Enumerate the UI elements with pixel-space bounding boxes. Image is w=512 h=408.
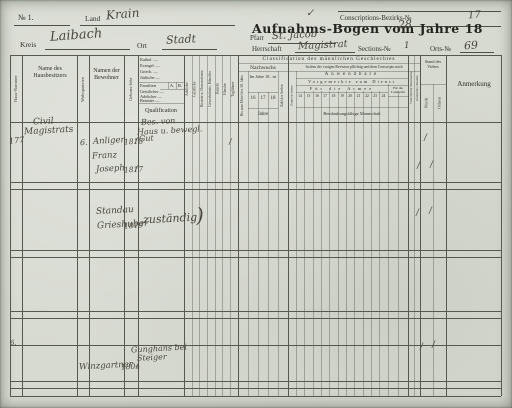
census-form-page: № 1. Land Krain Conscriptions-Bezirks-№ … — [0, 0, 512, 408]
grid-line — [371, 91, 372, 396]
tally-mark: ∕ — [136, 361, 139, 370]
grid-line — [10, 250, 501, 251]
grid-line — [10, 345, 501, 346]
tally-mark: ∕ — [229, 137, 232, 146]
grid-line — [388, 96, 408, 97]
grid-line — [296, 92, 388, 93]
grid-line — [354, 91, 355, 396]
tally-mark: ∕ — [429, 206, 433, 216]
grid-line — [238, 63, 420, 64]
grid-line — [268, 92, 269, 396]
dwelling-number-handwriting: 6. — [80, 138, 88, 147]
grid-line — [10, 318, 501, 319]
grid-line — [10, 257, 501, 258]
grid-line — [238, 71, 420, 72]
qualification-handwriting: Steiger — [137, 352, 167, 363]
qualification-handwriting: Gut — [139, 134, 154, 144]
resident-name-handwriting: Franz — [92, 150, 117, 161]
grid-line — [296, 85, 408, 86]
grid-line — [388, 84, 389, 396]
grid-line — [248, 71, 249, 396]
grid-line — [296, 78, 408, 79]
grid-line — [138, 82, 184, 83]
grid-line — [346, 91, 347, 396]
tally-mark: ∕ — [424, 133, 428, 143]
margin-mark-handwriting: 6. — [10, 339, 17, 347]
resident-name-handwriting: Anligen — [93, 135, 126, 147]
tally-mark: ∕ — [416, 208, 420, 218]
grid-line — [501, 55, 502, 396]
tally-mark: ∕ — [420, 342, 424, 352]
grid-line — [10, 182, 501, 183]
house-number-handwriting: 177 — [9, 135, 25, 146]
grid-line — [321, 91, 322, 396]
grid-line — [10, 55, 501, 56]
grid-line — [258, 92, 259, 396]
grid-line — [10, 388, 501, 389]
grid-line — [379, 91, 380, 396]
tally-mark: ∕ — [417, 161, 421, 171]
resident-name-handwriting: Standau — [96, 205, 134, 217]
birth-year-handwriting: 1819 — [124, 221, 144, 231]
tally-mark: ∕ — [135, 164, 138, 173]
grid-line — [176, 82, 177, 89]
grid-line — [10, 396, 501, 397]
grid-line — [248, 108, 278, 109]
flourish-handwriting: ) — [195, 203, 204, 227]
grid-line — [420, 84, 446, 85]
grid-line — [160, 89, 184, 90]
grid-line — [278, 71, 279, 396]
grid-line — [363, 91, 364, 396]
grid-line — [398, 91, 399, 396]
grid-line — [313, 91, 314, 396]
grid-line — [10, 381, 501, 382]
grid-line — [296, 107, 408, 108]
grid-line — [329, 91, 330, 396]
grid-line — [338, 91, 339, 396]
grid-line — [168, 82, 169, 89]
birth-year-handwriting: 1817 — [124, 165, 144, 175]
grid-line — [296, 71, 297, 396]
tally-mark: ∕ — [430, 160, 434, 170]
tally-mark: ∕ — [432, 340, 436, 350]
grid-line — [248, 92, 278, 93]
grid-line — [138, 103, 184, 104]
grid-line — [10, 189, 501, 190]
resident-name-handwriting: Joseph — [96, 163, 125, 174]
grid-line — [10, 311, 501, 312]
grid-line — [10, 122, 501, 123]
tally-mark: ∕ — [135, 136, 138, 145]
grid-line — [304, 91, 305, 396]
